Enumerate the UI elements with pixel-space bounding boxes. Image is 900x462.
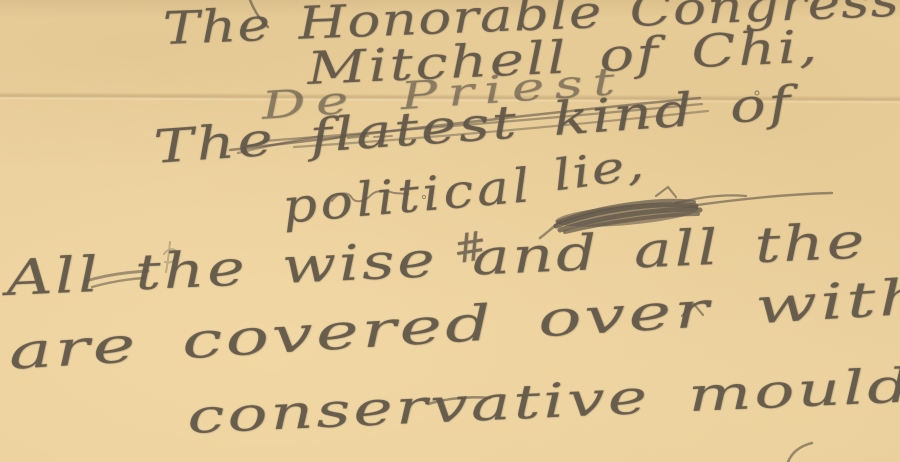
insertion-lie: lie, bbox=[550, 139, 648, 201]
manuscript-page: The Honorable Congressman Mitchell of Ch… bbox=[0, 0, 900, 462]
line-conservative-mould: conservative mould, bbox=[186, 357, 900, 445]
line-political: political bbox=[280, 158, 535, 235]
cutoff-stroke-bottom bbox=[788, 443, 812, 462]
marks-after-lie bbox=[656, 187, 746, 203]
